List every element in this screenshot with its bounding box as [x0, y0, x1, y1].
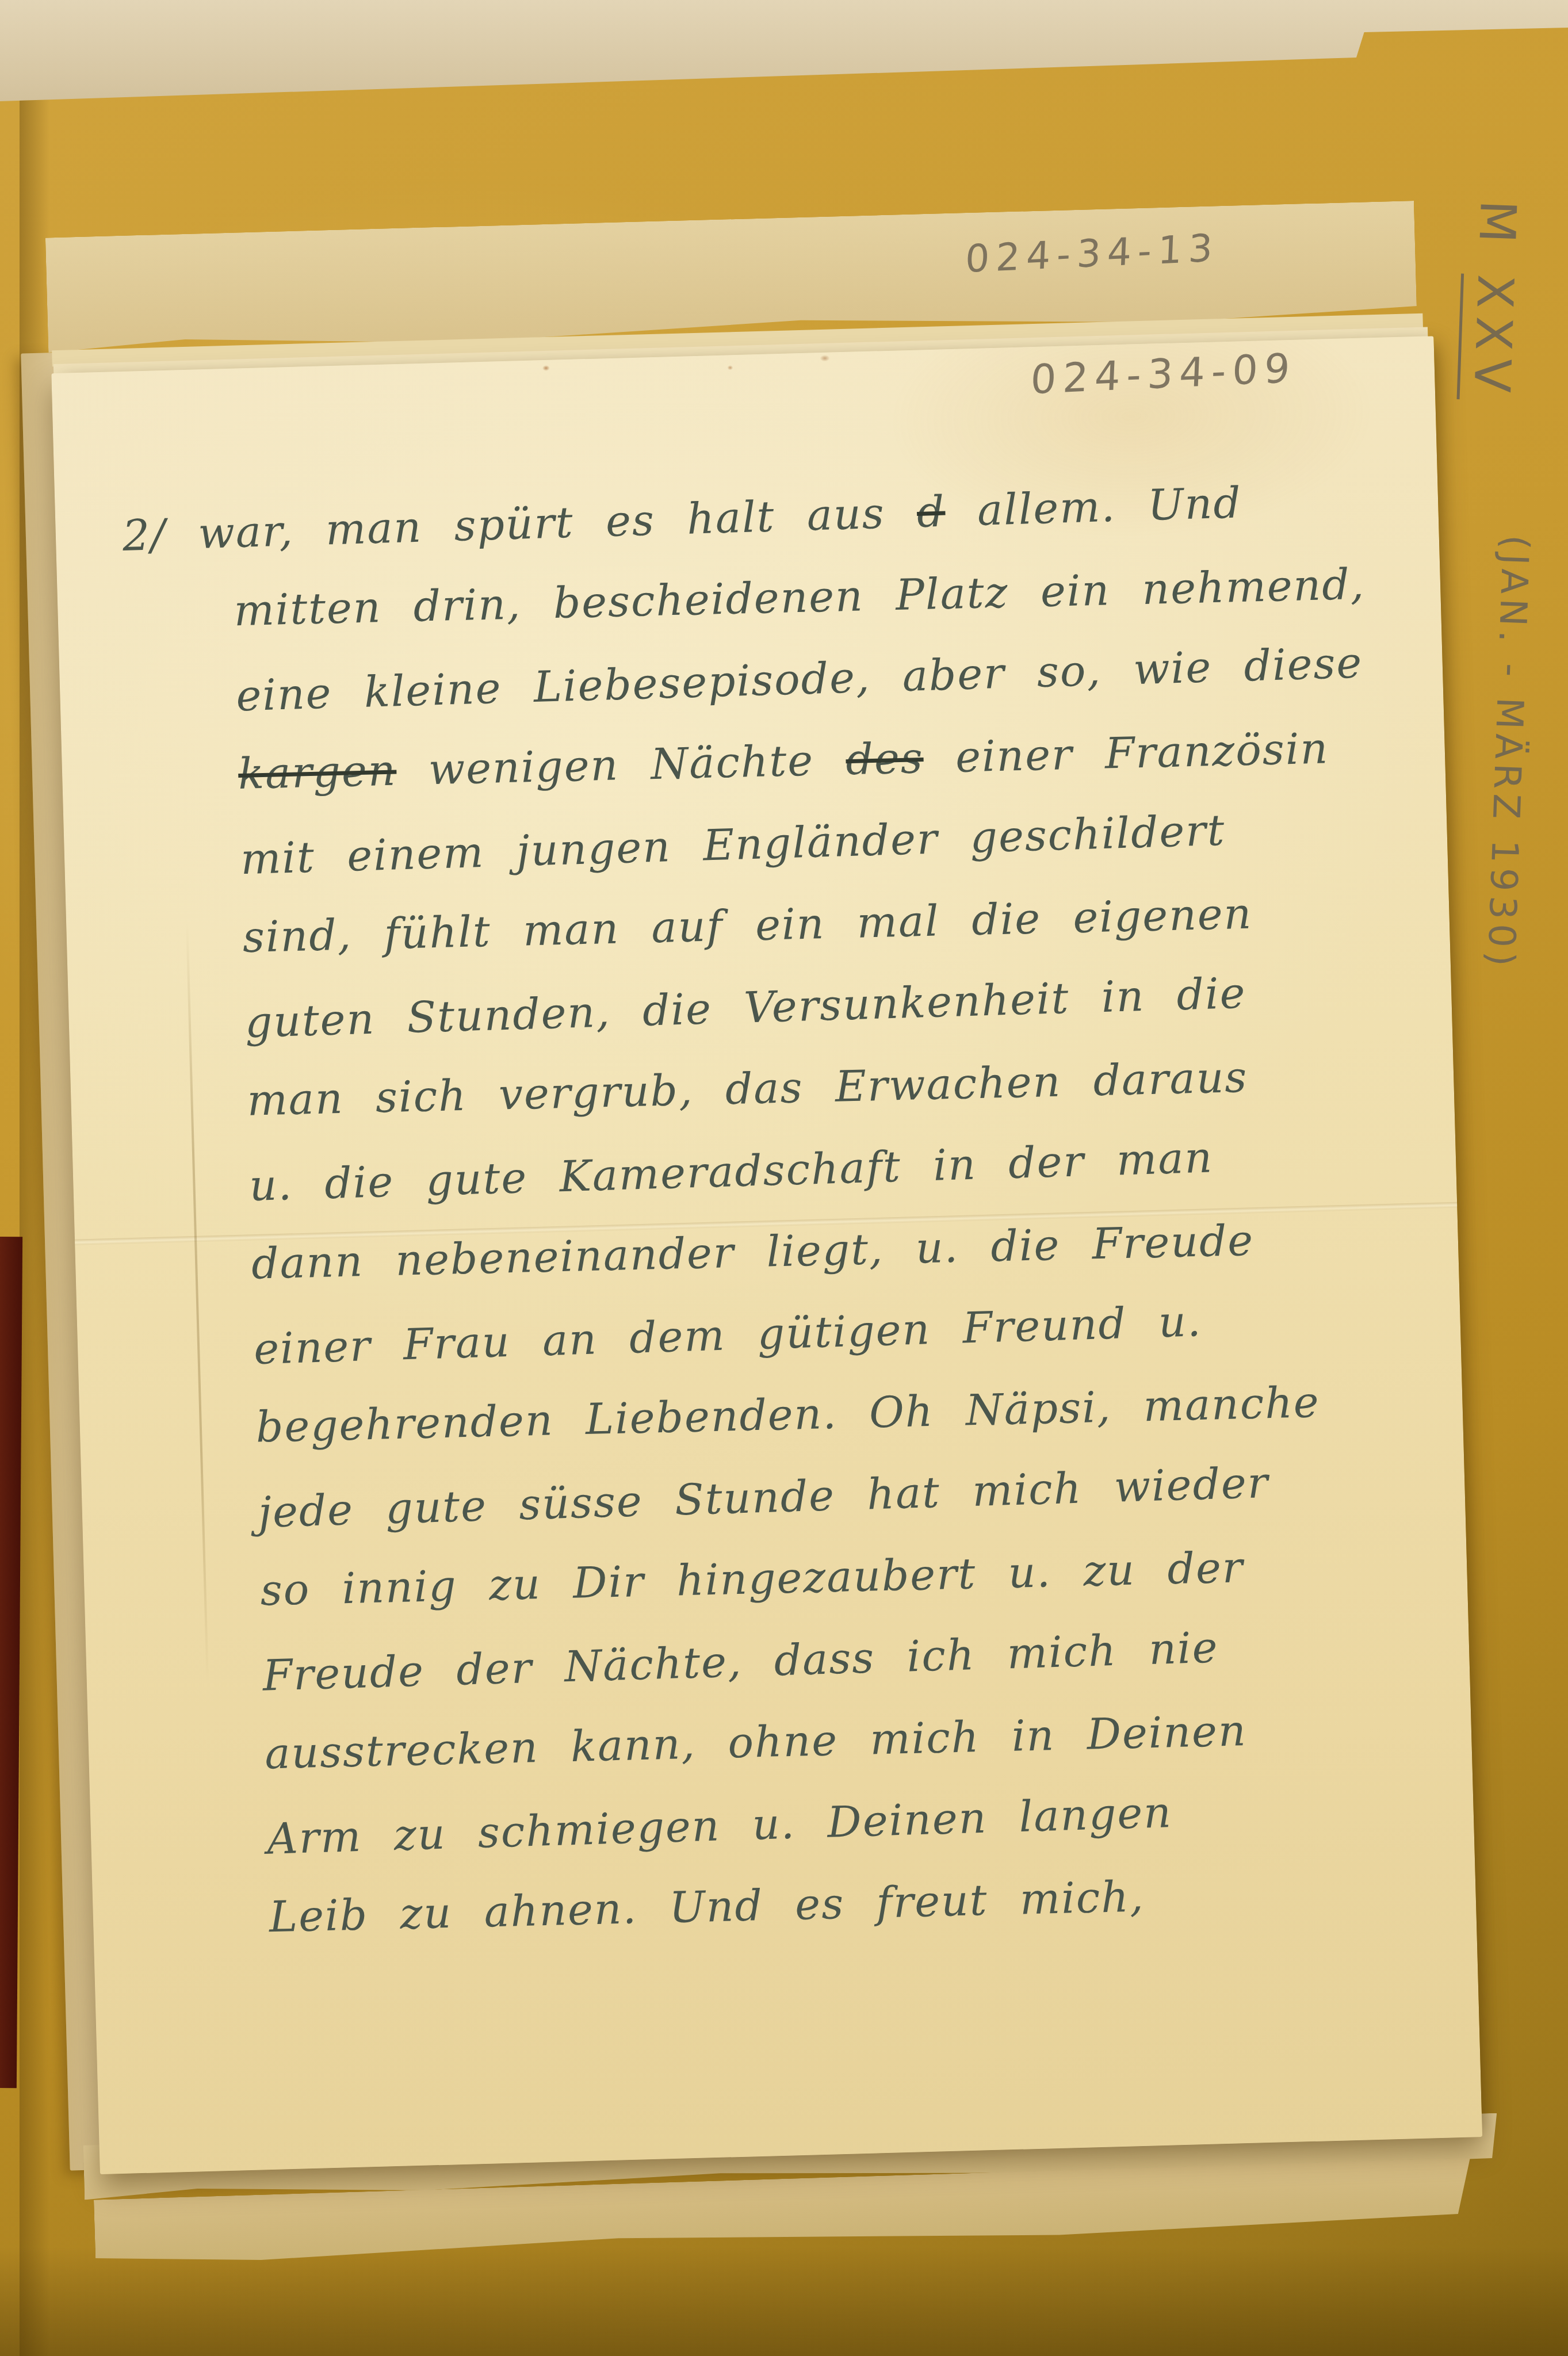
archive-number-page: 024-34-09	[1030, 345, 1297, 404]
handwriting-segment: 2/	[122, 510, 167, 561]
handwriting-segment: Leib zu ahnen. Und es freut mich,	[269, 1872, 1145, 1942]
handwriting-segment: einer Französin	[955, 724, 1329, 782]
paper-stack: 024-34-13 024-34-09 2/ war, man spürt es…	[16, 199, 1526, 2297]
handwriting-segment: man sich vergrub, das Erwachen daraus	[247, 1053, 1249, 1126]
handwriting-segment: einer Frau an dem gütigen Freund u.	[253, 1296, 1202, 1374]
handwriting-segment: ausstrecken kann, ohne mich in Deinen	[264, 1706, 1247, 1779]
handwriting-segment: dann nebeneinander liegt, u. die Freude	[251, 1216, 1255, 1289]
struck-word: kargen	[238, 746, 397, 799]
folder-label-prefix: M	[1467, 199, 1527, 252]
letter-page: 024-34-09 2/ war, man spürt es halt aus …	[51, 336, 1482, 2174]
handwriting-segment: eine kleine Liebesepisode, aber so, wie …	[235, 638, 1363, 721]
handwriting-segment: wenigen Nächte	[428, 736, 814, 794]
handwriting-segment: so innig zu Dir hingezaubert u. zu der	[260, 1543, 1244, 1615]
handwriting-segment: war, man spürt es halt aus	[197, 489, 886, 559]
handwriting-segment: guten Stunden, die Versunkenheit in die	[244, 969, 1247, 1048]
handwriting-segment: sind, fühlt man auf ein mal die eigenen	[242, 889, 1253, 962]
handwriting-segment: jede gute süsse Stunde hat mich wieder	[258, 1458, 1269, 1537]
archive-number-top-sheet: 024-34-13	[964, 225, 1219, 281]
handwriting-segment: mit einem jungen Engländer geschildert	[240, 806, 1226, 885]
handwriting-segment: Arm zu schmiegen u. Deinen langen	[266, 1788, 1173, 1864]
handwriting-segment: Freude der Nächte, dass ich mich nie	[262, 1623, 1219, 1701]
fold-crease-vertical	[186, 922, 209, 1681]
handwriting-lines: 2/ war, man spürt es halt aus d allem. U…	[231, 458, 1466, 1960]
handwriting-segment: allem. Und	[977, 478, 1242, 536]
handwriting-segment: mitten drin, bescheidenen Platz ein nehm…	[234, 560, 1366, 636]
photo-scene: M XXV (JAN. - MÄRZ 1930) 024-34-13 024-3…	[0, 0, 1568, 2356]
handwriting-segment: u. die gute Kameradschaft in der man	[248, 1133, 1214, 1211]
struck-word: des	[845, 733, 924, 785]
struck-word: d	[916, 487, 946, 537]
handwriting-segment: begehrenden Liebenden. Oh Näpsi, manche	[255, 1378, 1321, 1452]
